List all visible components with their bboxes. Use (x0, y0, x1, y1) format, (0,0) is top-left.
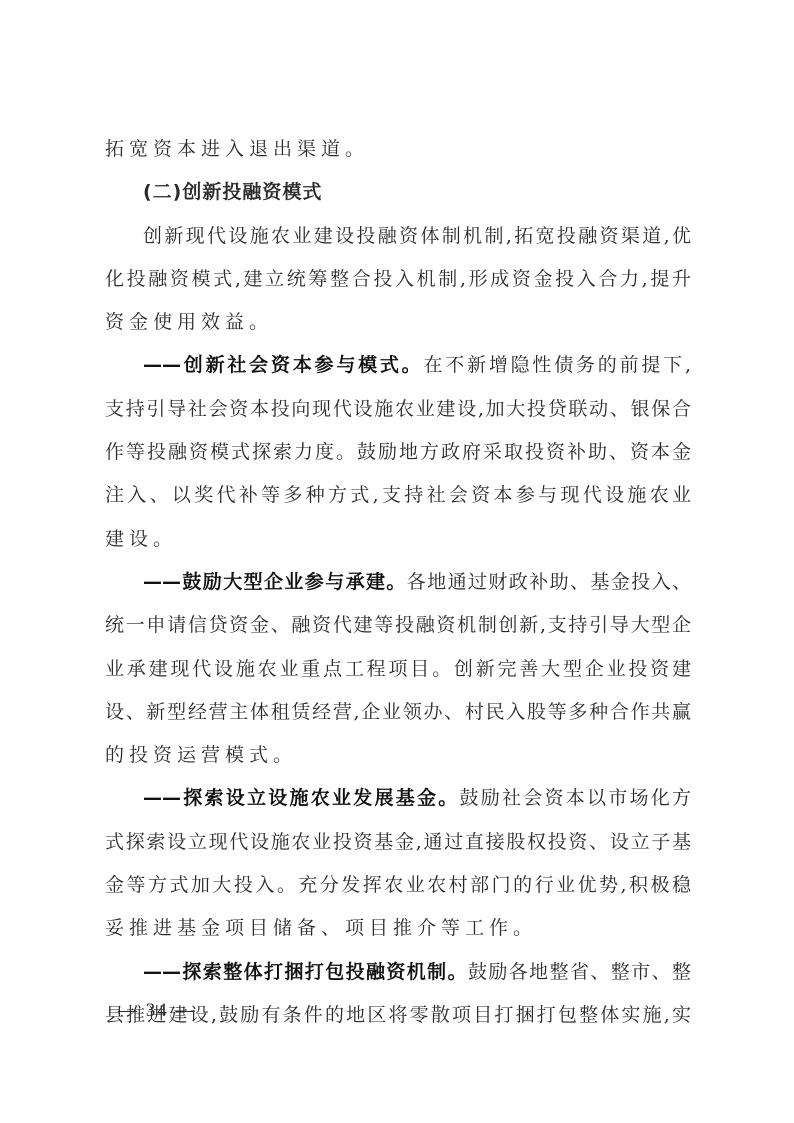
paragraph-line: 建设。 (105, 518, 691, 561)
paragraph-line: 化投融资模式,建立统筹整合投入机制,形成资金投入合力,提升 (105, 258, 691, 301)
paragraph-line: 业承建现代设施农业重点工程项目。创新完善大型企业投资建 (105, 648, 691, 691)
section-heading: (二)创新投融资模式 (105, 171, 691, 214)
document-body: 拓宽资本进入退出渠道。 (二)创新投融资模式 创新现代设施农业建设投融资体制机制… (105, 128, 691, 1037)
paragraph-line-with-lead: ——鼓励大型企业参与承建。各地通过财政补助、基金投入、 (105, 561, 691, 604)
paragraph-text: 各地通过财政补助、基金投入、 (407, 571, 691, 593)
paragraph-line: 妥推进基金项目储备、项目推介等工作。 (105, 907, 691, 950)
paragraph-line-with-lead: ——创新社会资本参与模式。在不新增隐性债务的前提下, (105, 344, 691, 387)
bold-lead-text: ——鼓励大型企业参与承建。 (143, 571, 407, 593)
page-number: — 34 — (118, 1000, 197, 1022)
bold-lead-text: ——创新社会资本参与模式。 (143, 354, 423, 376)
paragraph-line-with-lead: ——探索设立设施农业发展基金。鼓励社会资本以市场化方 (105, 777, 691, 820)
paragraph-line: 的投资运营模式。 (105, 734, 691, 777)
paragraph-line: 式探索设立现代设施农业投资基金,通过直接股权投资、设立子基 (105, 821, 691, 864)
paragraph-text: 鼓励各地整省、整市、整 (468, 961, 691, 983)
paragraph-line: 设、新型经营主体租赁经营,企业领办、村民入股等多种合作共赢 (105, 691, 691, 734)
bold-lead-text: ——探索整体打捆打包投融资机制。 (143, 961, 468, 983)
paragraph-line: 作等投融资模式探索力度。鼓励地方政府采取投资补助、资本金 (105, 431, 691, 474)
paragraph-line: 统一申请信贷资金、融资代建等投融资机制创新,支持引导大型企 (105, 604, 691, 647)
bold-lead-text: ——探索设立设施农业发展基金。 (143, 787, 459, 809)
paragraph-line: 拓宽资本进入退出渠道。 (105, 128, 691, 171)
paragraph-line: 资金使用效益。 (105, 301, 691, 344)
paragraph-line: 支持引导社会资本投向现代设施农业建设,加大投贷联动、银保合 (105, 388, 691, 431)
paragraph-line: 创新现代设施农业建设投融资体制机制,拓宽投融资渠道,优 (105, 215, 691, 258)
paragraph-line: 注入、以奖代补等多种方式,支持社会资本参与现代设施农业 (105, 474, 691, 517)
paragraph-text: 在不新增隐性债务的前提下, (423, 354, 691, 376)
paragraph-text: 鼓励社会资本以市场化方 (459, 787, 691, 809)
paragraph-line-with-lead: ——探索整体打捆打包投融资机制。鼓励各地整省、整市、整 (105, 951, 691, 994)
paragraph-line: 金等方式加大投入。充分发挥农业农村部门的行业优势,积极稳 (105, 864, 691, 907)
